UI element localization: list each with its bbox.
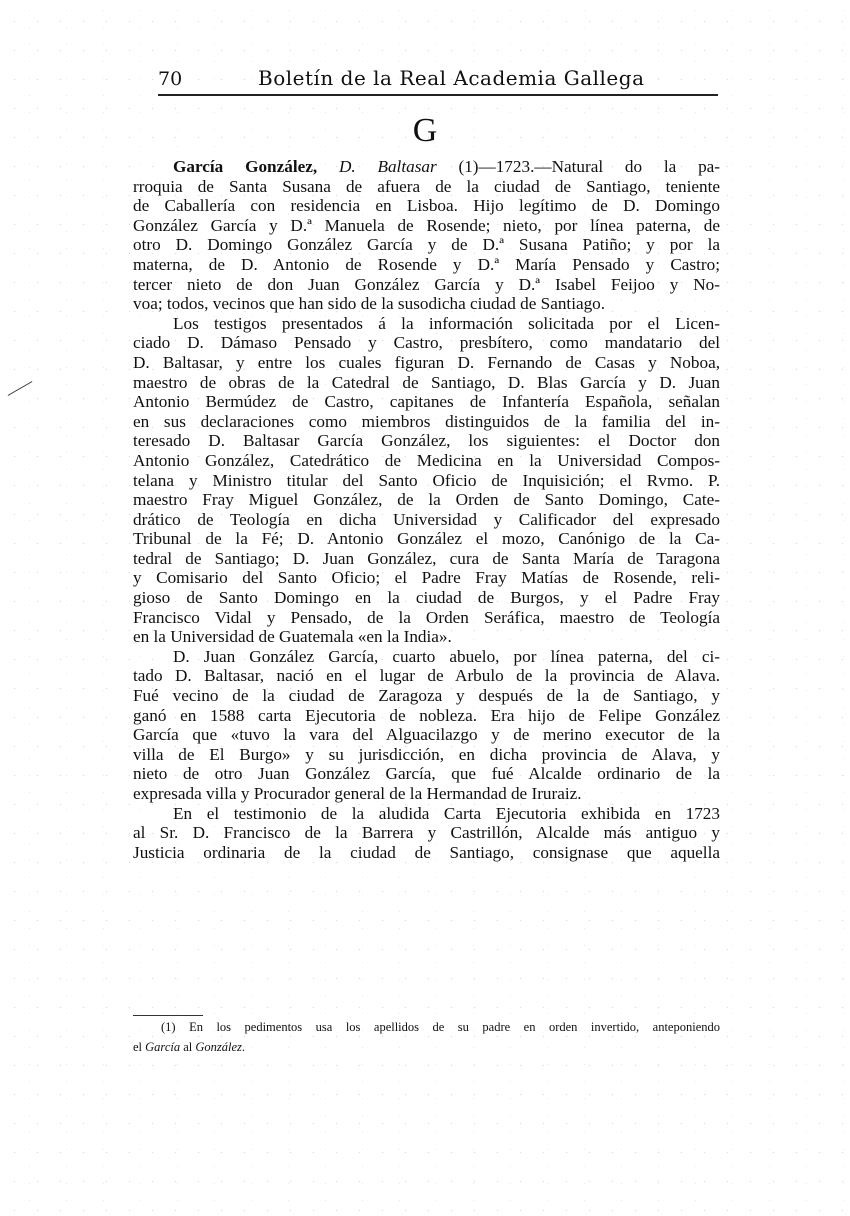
footnote-text: el bbox=[133, 1040, 145, 1054]
text-line: tado D. Baltasar, nació en el lugar de A… bbox=[133, 666, 720, 686]
text-line: García que «tuvo la vara del Alguacilazg… bbox=[133, 725, 720, 745]
text-line: villa de El Burgo» y su jurisdicción, en… bbox=[133, 745, 720, 765]
footnote-marker: (1) bbox=[161, 1020, 176, 1034]
footnote-text: . bbox=[242, 1040, 245, 1054]
footnote: (1) En los pedimentos usa los apellidos … bbox=[133, 1017, 720, 1057]
text-line: Francisco Vidal y Pensado, de la Orden S… bbox=[133, 608, 720, 628]
running-title: Boletín de la Real Academia Gallega bbox=[258, 66, 645, 90]
footnote-line: (1) En los pedimentos usa los apellidos … bbox=[133, 1017, 720, 1037]
text-line: y Comisario del Santo Oficio; el Padre F… bbox=[133, 568, 720, 588]
footnote-ref: (1) bbox=[458, 157, 478, 176]
text-line: telana y Ministro titular del Santo Ofic… bbox=[133, 471, 720, 491]
text-line: Tribunal de la Fé; D. Antonio González e… bbox=[133, 529, 720, 549]
text-line: Antonio Bermúdez de Castro, capitanes de… bbox=[133, 392, 720, 412]
text-line: rroquia de Santa Susana de afuera de la … bbox=[133, 177, 720, 197]
text-line: ganó en 1588 carta Ejecutoria de nobleza… bbox=[133, 706, 720, 726]
entry-given-name: D. Baltasar bbox=[339, 157, 437, 176]
text-line: Antonio González, Catedrático de Medicin… bbox=[133, 451, 720, 471]
text-line: tercer nieto de don Juan González García… bbox=[133, 275, 720, 295]
text-line: de Caballería con residencia en Lisboa. … bbox=[133, 196, 720, 216]
text-line: Fué vecino de la ciudad de Zaragoza y de… bbox=[133, 686, 720, 706]
text-line: voa; todos, vecinos que han sido de la s… bbox=[133, 294, 720, 314]
header-rule bbox=[158, 94, 718, 96]
text-line: al Sr. D. Francisco de la Barrera y Cast… bbox=[133, 823, 720, 843]
text-line: D. Baltasar, y entre los cuales figuran … bbox=[133, 353, 720, 373]
section-letter: G bbox=[0, 112, 850, 150]
text-line: materna, de D. Antonio de Rosende y D.ª … bbox=[133, 255, 720, 275]
text-line: en sus declaraciones como miembros disti… bbox=[133, 412, 720, 432]
page-header: 70 Boletín de la Real Academia Gallega bbox=[158, 64, 718, 94]
text-line: Los testigos presentados á la informació… bbox=[133, 314, 720, 334]
text-line: maestro de obras de la Catedral de Santi… bbox=[133, 373, 720, 393]
text-line: —1723.—Natural do la pa- bbox=[479, 157, 721, 176]
text-line: ciado D. Dámaso Pensado y Castro, presbí… bbox=[133, 333, 720, 353]
text-line: tedral de Santiago; D. Juan González, cu… bbox=[133, 549, 720, 569]
entry-name: García González, bbox=[173, 157, 317, 176]
text-line: gioso de Santo Domingo en la ciudad de B… bbox=[133, 588, 720, 608]
text-line: En el testimonio de la aludida Carta Eje… bbox=[133, 804, 720, 824]
text-line: drático de Teología en dicha Universidad… bbox=[133, 510, 720, 530]
text-line: González García y D.ª Manuela de Rosende… bbox=[133, 216, 720, 236]
margin-pen-mark bbox=[8, 381, 33, 396]
text-line: teresado D. Baltasar García González, lo… bbox=[133, 431, 720, 451]
text-line: Justicia ordinaria de la ciudad de Santi… bbox=[133, 843, 720, 863]
footnote-italic: González bbox=[195, 1040, 242, 1054]
footnote-rule bbox=[133, 1015, 203, 1016]
text-line: maestro Fray Miguel González, de la Orde… bbox=[133, 490, 720, 510]
text-line: otro D. Domingo González García y de D.ª… bbox=[133, 235, 720, 255]
footnote-line: el García al González. bbox=[133, 1037, 720, 1057]
footnote-text: En los pedimentos usa los apellidos de s… bbox=[189, 1020, 720, 1034]
footnote-text: al bbox=[180, 1040, 195, 1054]
text-line: en la Universidad de Guatemala «en la In… bbox=[133, 627, 720, 647]
text-line: nieto de otro Juan González García, que … bbox=[133, 764, 720, 784]
entry-body: García González, D. Baltasar (1)—1723.—N… bbox=[133, 157, 720, 862]
text-line: expresada villa y Procurador general de … bbox=[133, 784, 720, 804]
entry-first-line: García González, D. Baltasar (1)—1723.—N… bbox=[133, 157, 720, 177]
text-line: D. Juan González García, cuarto abuelo, … bbox=[133, 647, 720, 667]
footnote-italic: García bbox=[145, 1040, 180, 1054]
page-number: 70 bbox=[158, 68, 182, 90]
